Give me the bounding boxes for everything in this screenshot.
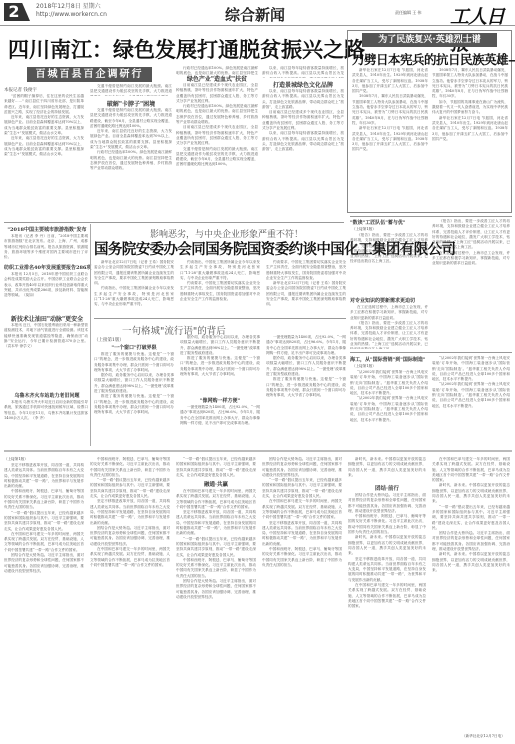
feature-headline[interactable]: 刀劈日本宪兵的抗日民族英雄——节振国 [352,50,512,68]
reform-column-3: 一窗受理数量为1400项，占比92.0%，“一网通办”事项达到820项，占比96… [266,335,346,446]
brief-title-1[interactable]: "2018中国主要城市旅游指数"发布 [4,226,90,233]
right-story-column-1: 《报告》指出，要进一步改善工匠人才的培养环境，支持和鼓励企业建立健全工匠人才培养… [350,233,428,295]
right-story-column-4: “从2002年我们接到‘世界第一台海上风电安装船’订单开始，中国海工装备逐步从‘… [350,370,428,446]
section-title: 综合新闻 [225,4,285,25]
right-story-byline-1: （上接第1版） [352,227,376,232]
site-url[interactable]: http://www.workercn.cn [36,11,107,19]
lead-byline: 本报记者 钱俊宇 [4,87,37,93]
lead-column-3: 目前南江县已经建成多个现代农业园区，全县种植核桃、茶叶等经济作物面积逐年扩大，特… [176,83,258,216]
brief-title-3[interactable]: 新技术让油田"动脉"更安全 [4,314,90,323]
brief-body-2: 本报讯 12月5日，2018年度中国纺织工业联合会科技成果奖励大会召开。中国纺织… [4,272,88,312]
bottom-column-6: 在中国和巴拿马建交一年多的时间里，两国关系实现了跨越式发展。双方在经贸、基础设施… [432,457,510,727]
lead-subhead-3: 打造景城绿色文化品牌 [262,80,344,89]
mid-column-1: 新华社北京12月7日电（记者 王希）国务院安委会办公室会同国务院国资委7日约谈中… [94,260,174,314]
bottom-column-4: 团结合作是大势所趋。习近平主席指出，面对世界经济的复杂形势和全球性问题，任何国家… [262,457,342,743]
section-divider [350,216,512,217]
column-rule [90,224,91,446]
reform-column-1: 推进了服务的便捷与快速。这便是“一个窗口”的理念，进一步推进政务服务中心的建设，… [94,352,174,446]
bottom-column-5: 团结合作是大势所趋。习近平主席指出，面对世界经济的复杂形势和全球性问题，任何国家… [348,493,426,743]
bottom-column-2: 中国和西班牙、阿根廷、巴拿马、葡萄牙等国的友好关系不断深化。习近平主席此次出访，… [90,457,170,743]
reform-subhead-2: "像网购一样方便" [180,397,260,404]
section-divider [4,450,512,452]
section-divider [350,352,512,353]
right-story-byline-3: （上接第1版） [352,364,376,369]
lead-subhead-2: 绿色产业"造血式"扶贫 [176,74,258,83]
bottom-column-5-top: 新时代，新未来。中国将以更加开放的姿态拥抱世界，以更加有活力的文明成就贡献世界，… [348,457,426,481]
section-divider [4,222,344,223]
lead-column-4-top: 以来，南江县每年接待游客数量持续增长，旅游综合收入不断提高。南江县以光雾山景区为… [262,66,344,78]
feature-banner: 为了民族复兴·英雄烈士谱 [362,33,497,47]
lead-column-2: 交通不便曾是制约南江发展的最大瓶颈。南江县把交通建设作为脱贫攻坚的先手棋，大力推… [90,108,172,216]
mid-column-2: 约谈指出，中国化工集团所属企业今年以来发生多起生产安全事故，特别是河北张家口“1… [180,260,260,314]
reform-column-2b: 一窗受理数量为1400项，占比92.0%，“一网通办”事项达到820项，占比96… [180,405,260,446]
brief-body-4: 本报讯 乌鲁木齐火车站近日启用全新的智能引导系统，旅客通过手机即可快速找到候车区… [4,400,88,446]
lead-column-4: 以来，南江县每年接待游客数量持续增长，旅游综合收入不断提高。南江县以光雾山景区为… [262,89,344,209]
bottom-column-3-top: “一带一路”倡议提出五年来，已经有越来越多的国家和国际组织参与其中。习近平主席强… [176,457,256,477]
section-divider [94,318,346,319]
bottom-subhead-1: 融通·共赢 [176,480,256,488]
lead-column-1: "贫困的帽子摘掉后，住在这里的农民生活越来越好……" 南江县位于四川省东北部，是… [4,94,84,216]
reform-byline: （上接第1版） [94,337,124,343]
reform-column-2: 据介绍，政务服务中心启用以来，办理各类事项数量大幅增长，窗口工作人员服务意识不断… [180,335,260,395]
right-story-title-1[interactable]: "数读"工匠队伍"蓄与优" [350,219,430,226]
right-story-title-3[interactable]: 海工，从"国际营销"到"国际制造" [350,356,430,363]
right-story-column-5: “从2002年我们接到‘世界第一台海上风电安装船’订单开始，中国海工装备逐步从‘… [432,356,510,446]
lead-column-2-top: 交通不便曾是制约南江发展的最大瓶颈。南江县把交通建设作为脱贫攻坚的先手棋，大力推… [90,84,172,96]
lead-subhead-1: 破解"卡脖子"困境 [90,99,172,108]
feature-column-2: 1938年7月，冀东人民抗日武装暴动爆发，节振国率领工人特务大队参加暴动，在战斗… [432,68,508,210]
reform-subhead-1: "一个窗口"打破界限 [94,344,174,351]
issue-date: 2018年12月8日 星期六 [36,3,107,11]
editor-credit: 责任编辑 王 伟 [395,10,422,16]
brief-title-2[interactable]: 纺织工业排名40年发展重要报告286项 [4,264,90,271]
right-story-column-3: 在工匠选树过程中，上海市总工会发现，许多工匠都在积极学习新知识、掌握新技能，对专… [350,305,428,349]
lead-headline[interactable]: 四川南江：绿色发展打通脱贫振兴之路 [8,34,365,64]
mid-column-3: 约谈要求，中国化工集团要切实落实企业安全生产主体责任，全面开展安全隐患排查整治，… [266,260,346,314]
lead-banner: 百城百县百企调研行 [27,67,152,82]
bottom-subhead-2: 团结·前行 [348,484,426,492]
right-story-column-2: 《报告》指出，要进一步改善工匠人才的培养环境，支持和鼓励企业建立健全工匠人才培养… [432,219,510,349]
brief-title-4[interactable]: 乌鲁木齐火车站助力老旧问题 [4,392,90,399]
bottom-closing: （新华社北京12月7日电） [462,734,505,739]
bottom-column-1: 坚定不移推进改革开放，同各国一道，共同构建人类命运共同体。当前世界面临百年未有之… [4,463,84,743]
bottom-column-3: 在中国和巴拿马建交一年多的时间里，两国关系实现了跨越式发展。双方在经贸、基础设施… [176,489,256,743]
masthead-date-block: 2018年12月8日 星期六 http://www.workercn.cn [36,3,107,19]
right-story-title-2[interactable]: 对专业知识的要新需求更迫切 [350,297,430,304]
feature-column-1: 新华社石家庄12月7日电 节振国，河北省武安县人，1910年出生。1929年到河… [352,68,428,210]
brief-body-3: 本报讯 近日，中国石化胜利油田采用一种新型管道检测技术，对地下油气管道进行全面检… [4,323,88,388]
bottom-byline: （上接第1版） [4,457,28,462]
brief-body-1: 本报讯（记者 李 丹）日前，“2018中国主要城市旅游指数”在北京发布。北京、上… [4,234,88,262]
